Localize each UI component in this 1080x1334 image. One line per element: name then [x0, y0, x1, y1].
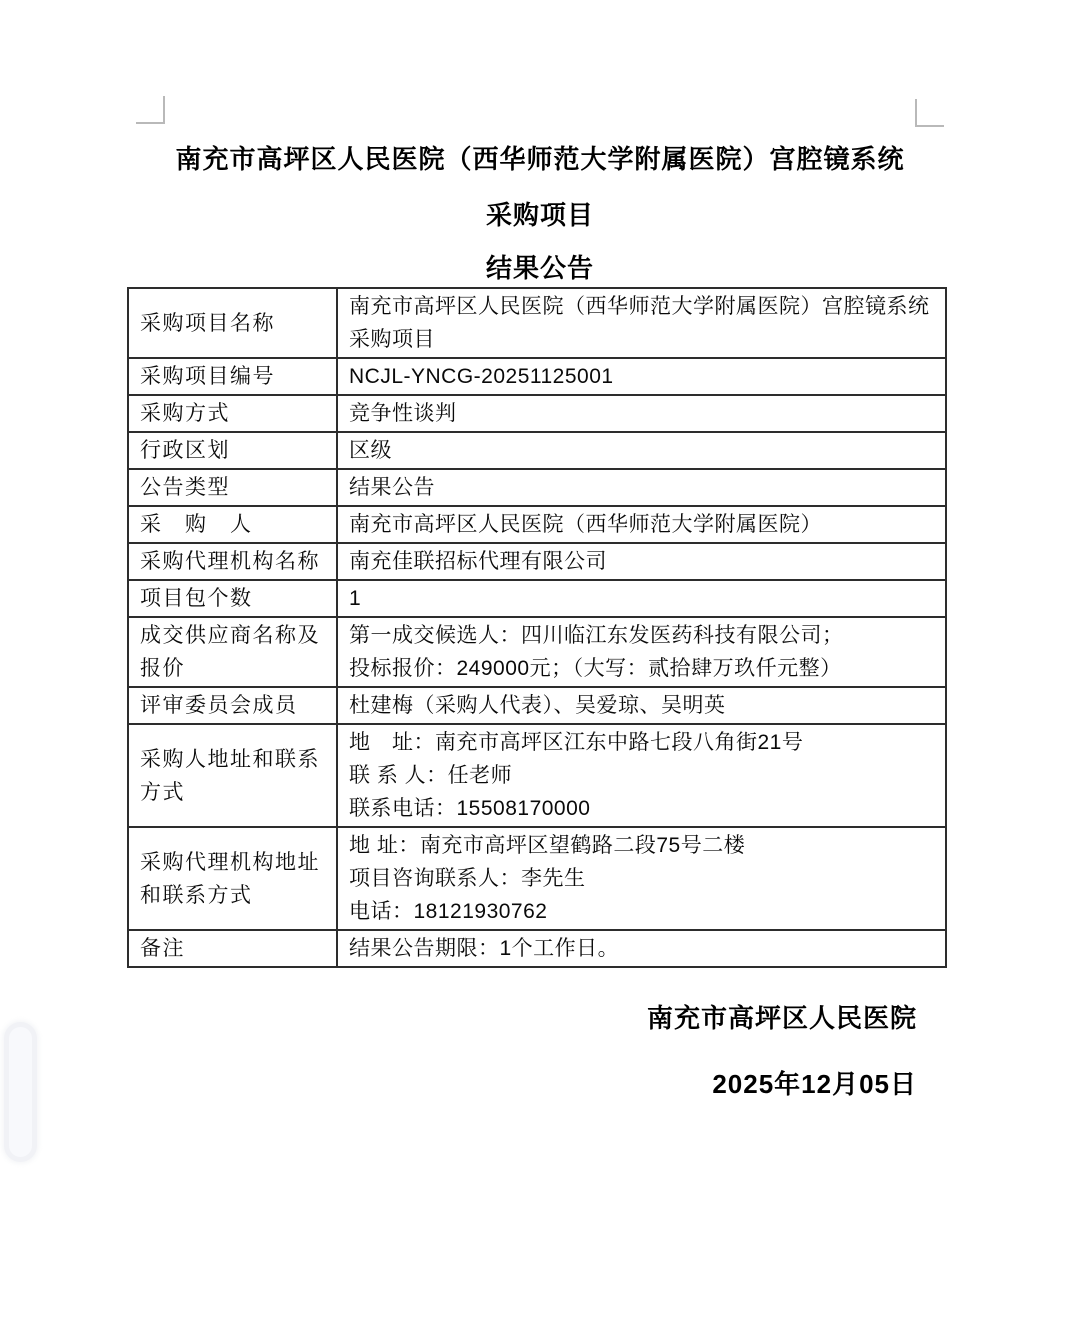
row-value-line: 1	[349, 582, 934, 615]
table-row: 采 购 人南充市高坪区人民医院（西华师范大学附属医院）	[128, 506, 946, 543]
text-boundary-corner-mark-top-left	[136, 96, 165, 124]
row-label: 备注	[128, 930, 337, 967]
row-label: 采 购 人	[128, 506, 337, 543]
table-row: 成交供应商名称及报价第一成交候选人：四川临江东发医药科技有限公司；投标报价：24…	[128, 617, 946, 687]
row-value-line: 南充市高坪区人民医院（西华师范大学附属医院）宫腔镜系统采购项目	[349, 290, 934, 356]
table-row: 采购代理机构名称南充佳联招标代理有限公司	[128, 543, 946, 580]
table-row: 采购项目名称南充市高坪区人民医院（西华师范大学附属医院）宫腔镜系统采购项目	[128, 288, 946, 358]
row-value-line: 结果公告期限：1个工作日。	[349, 932, 934, 965]
table-row: 行政区划区级	[128, 432, 946, 469]
page-title-line3: 结果公告	[0, 248, 1080, 285]
row-value: 区级	[337, 432, 946, 469]
row-value-line: NCJL-YNCG-20251125001	[349, 360, 934, 393]
row-value-line: 结果公告	[349, 471, 934, 504]
row-value: 南充佳联招标代理有限公司	[337, 543, 946, 580]
row-value-line: 地 址：南充市高坪区望鹤路二段75号二楼	[349, 829, 934, 862]
row-value: 南充市高坪区人民医院（西华师范大学附属医院）	[337, 506, 946, 543]
row-value-line: 电话：18121930762	[349, 895, 934, 928]
row-value-line: 联系电话：15508170000	[349, 792, 934, 825]
row-label: 行政区划	[128, 432, 337, 469]
row-value: 结果公告期限：1个工作日。	[337, 930, 946, 967]
table-row: 备注结果公告期限：1个工作日。	[128, 930, 946, 967]
row-label: 评审委员会成员	[128, 687, 337, 724]
document-page: 南充市高坪区人民医院（西华师范大学附属医院）宫腔镜系统 采购项目 结果公告 采购…	[0, 0, 1080, 1334]
row-label: 采购方式	[128, 395, 337, 432]
row-value: 结果公告	[337, 469, 946, 506]
row-value-line: 项目咨询联系人：李先生	[349, 862, 934, 895]
table-row: 采购代理机构地址和联系方式地 址：南充市高坪区望鹤路二段75号二楼项目咨询联系人…	[128, 827, 946, 930]
row-label: 采购项目编号	[128, 358, 337, 395]
row-value: 地 址：南充市高坪区望鹤路二段75号二楼项目咨询联系人：李先生电话：181219…	[337, 827, 946, 930]
table-row: 评审委员会成员杜建梅（采购人代表）、吴爱琼、吴明英	[128, 687, 946, 724]
row-value-line: 竞争性谈判	[349, 397, 934, 430]
row-value-line: 投标报价：249000元；（大写：贰拾肆万玖仟元整）	[349, 652, 934, 685]
page-title-line2: 采购项目	[0, 195, 1080, 232]
row-label: 采购代理机构地址和联系方式	[128, 827, 337, 930]
row-label: 采购人地址和联系方式	[128, 724, 337, 827]
row-label: 采购项目名称	[128, 288, 337, 358]
row-value-line: 联 系 人：任老师	[349, 759, 934, 792]
signature-date: 2025年12月05日	[712, 1064, 917, 1101]
row-label: 成交供应商名称及报价	[128, 617, 337, 687]
row-label: 采购代理机构名称	[128, 543, 337, 580]
row-value-line: 第一成交候选人：四川临江东发医药科技有限公司；	[349, 619, 934, 652]
table-row: 采购方式竞争性谈判	[128, 395, 946, 432]
row-value: 1	[337, 580, 946, 617]
row-value: 杜建梅（采购人代表）、吴爱琼、吴明英	[337, 687, 946, 724]
row-value: NCJL-YNCG-20251125001	[337, 358, 946, 395]
row-value-line: 南充佳联招标代理有限公司	[349, 545, 934, 578]
table-row: 公告类型结果公告	[128, 469, 946, 506]
page-title-line1: 南充市高坪区人民医院（西华师范大学附属医院）宫腔镜系统	[0, 139, 1080, 176]
table-row: 采购项目编号NCJL-YNCG-20251125001	[128, 358, 946, 395]
row-label: 公告类型	[128, 469, 337, 506]
row-value: 竞争性谈判	[337, 395, 946, 432]
signature-org-name: 南充市高坪区人民医院	[647, 998, 917, 1035]
text-boundary-corner-mark-top-right	[915, 99, 944, 127]
procurement-result-table: 采购项目名称南充市高坪区人民医院（西华师范大学附属医院）宫腔镜系统采购项目采购项…	[127, 287, 947, 968]
table-row: 采购人地址和联系方式地 址：南充市高坪区江东中路七段八角街21号联 系 人：任老…	[128, 724, 946, 827]
table-row: 项目包个数1	[128, 580, 946, 617]
row-value: 第一成交候选人：四川临江东发医药科技有限公司；投标报价：249000元；（大写：…	[337, 617, 946, 687]
vertical-scrollbar-thumb[interactable]	[4, 1022, 37, 1162]
row-value-line: 杜建梅（采购人代表）、吴爱琼、吴明英	[349, 689, 934, 722]
row-value: 南充市高坪区人民医院（西华师范大学附属医院）宫腔镜系统采购项目	[337, 288, 946, 358]
row-value-line: 地 址：南充市高坪区江东中路七段八角街21号	[349, 726, 934, 759]
row-label: 项目包个数	[128, 580, 337, 617]
row-value: 地 址：南充市高坪区江东中路七段八角街21号联 系 人：任老师联系电话：1550…	[337, 724, 946, 827]
row-value-line: 南充市高坪区人民医院（西华师范大学附属医院）	[349, 508, 934, 541]
row-value-line: 区级	[349, 434, 934, 467]
